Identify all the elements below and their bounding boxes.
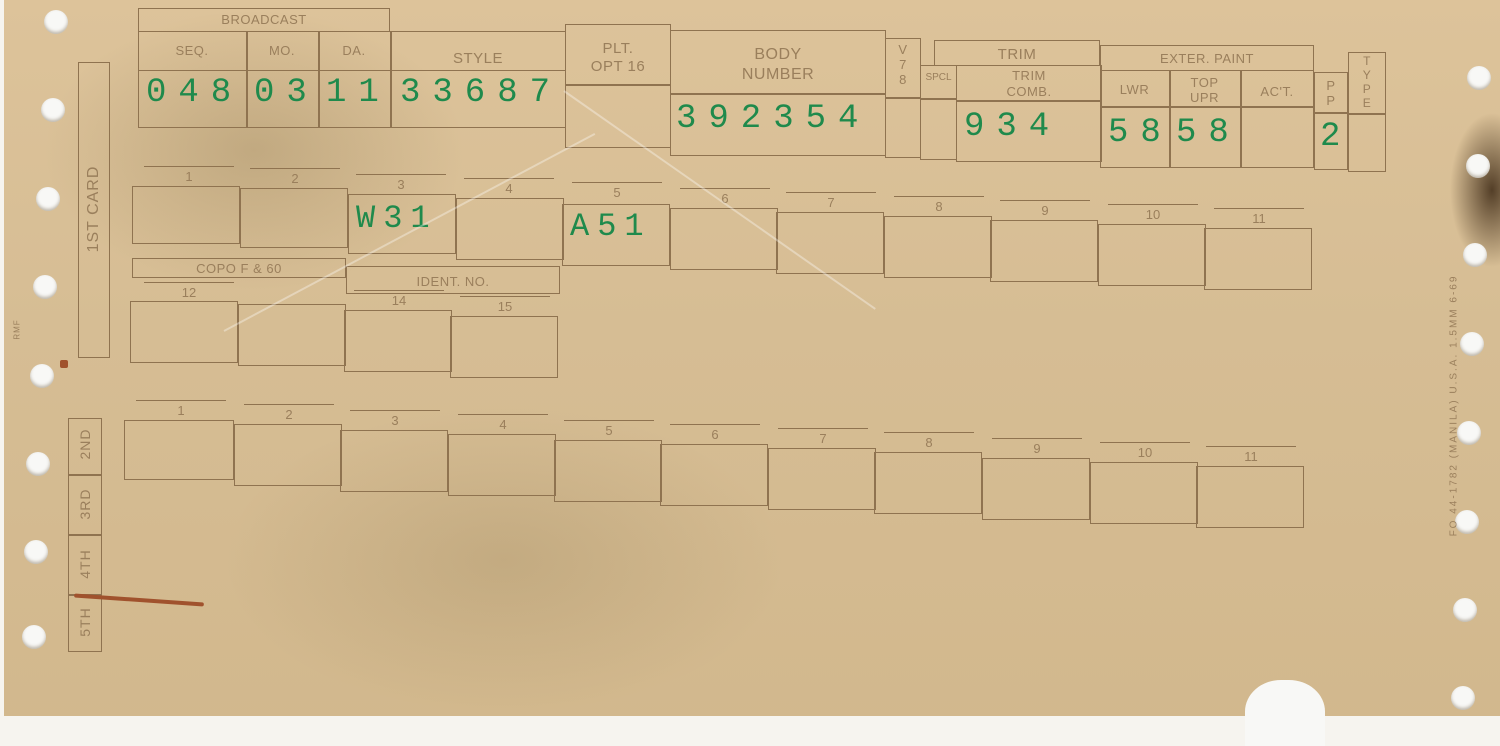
da-value: 11 [326,74,391,112]
feed-hole [1453,598,1477,622]
top-label: TOP [1169,75,1240,90]
slot-box [982,458,1090,520]
broadcast-label: BROADCAST [138,12,390,27]
ident-label: IDENT. NO. [346,274,560,289]
rust-spot [60,360,68,368]
divider [565,84,671,86]
slot-box [554,440,662,502]
slot-tab: 5 [564,420,654,440]
slot-box [768,448,876,510]
divider [920,98,957,100]
slot-tab: 8 [884,432,974,452]
act-label: AC'T. [1240,84,1314,99]
mo-value: 03 [254,74,319,112]
opt-label: OPT 16 [565,58,671,75]
da-label: DA. [318,43,390,58]
number-label: NUMBER [670,66,886,84]
slot-box [1090,462,1198,524]
trim-comb-value: 934 [964,108,1061,146]
slot-box [340,430,448,492]
feed-hole [22,625,46,649]
upr-label: UPR [1169,90,1240,105]
slot-box [776,212,884,274]
divider [1314,112,1348,114]
slot-tab: 9 [1000,200,1090,220]
divider [956,100,1102,102]
style-value: 33687 [400,74,562,112]
slot-tab: 5 [572,182,662,202]
lwr-value: 58 [1108,114,1173,152]
fifth-card-label: 5TH [77,597,93,647]
feed-hole [33,275,57,299]
divider [1348,113,1386,115]
third-card-label: 3RD [77,479,93,529]
top-upr-value: 58 [1176,114,1241,152]
v78-label: V 7 8 [885,42,921,87]
slot-box [990,220,1098,282]
form-number-text: FO 44-1782 (MANILA) U.S.A. 1.5MM 6-69 [1449,256,1460,556]
slot-box [1196,466,1304,528]
slot-tab: 7 [778,428,868,448]
v78-label-v: V [898,42,907,57]
slot-tab: 10 [1108,204,1198,224]
slot-tab: 3 [356,174,446,194]
pp-label: P P [1314,78,1348,108]
divider [670,93,886,95]
torn-edge [1245,680,1325,746]
divider [68,534,102,536]
slot-box [130,301,238,363]
feed-hole [41,98,65,122]
feed-hole [30,364,54,388]
slot-value: W31 [356,200,438,237]
seq-label: SEQ. [138,43,246,58]
slot-box [448,434,556,496]
feed-hole [1451,686,1475,710]
slot-tab: 8 [894,196,984,216]
slot-box [240,188,348,248]
slot-tab: 10 [1100,442,1190,462]
slot-box [670,208,778,270]
copo-label: COPO F & 60 [132,261,346,276]
feed-hole [1466,154,1490,178]
slot-box [456,198,564,260]
slot-box [344,310,452,372]
slot-tab: 15 [460,296,550,316]
fourth-card-label: 4TH [77,539,93,589]
mo-label: MO. [246,43,318,58]
feed-hole [36,187,60,211]
slot-value: A51 [570,208,652,245]
slot-tab: 11 [1214,208,1304,228]
style-label: STYLE [390,50,566,67]
spcl-label: SPCL [920,72,957,83]
divider [885,97,921,99]
slot-box [660,444,768,506]
feed-hole [1460,332,1484,356]
plt-label: PLT. [565,40,671,57]
type-label-t: T [1363,54,1371,68]
slot-box [450,316,558,378]
type-label: T Y P E [1348,54,1386,110]
pp-label-p1: P [1326,78,1335,93]
slot-tab: 6 [670,424,760,444]
second-card-label: 2ND [77,419,93,469]
type-label-y: Y [1363,68,1372,82]
lwr-label: LWR [1100,82,1169,97]
slot-box [124,420,234,480]
feed-hole [26,452,50,476]
exter-paint-label: EXTER. PAINT [1100,51,1314,66]
type-label-p: P [1363,82,1372,96]
margin-initials: RMF [13,315,22,345]
slot-tab: 9 [992,438,1082,458]
slot-tab: 2 [244,404,334,424]
slot-tab: 12 [144,282,234,302]
slot-box [874,452,982,514]
first-card-label: 1ST CARD [85,159,103,259]
slot-box [132,186,240,244]
slot-box [234,424,342,486]
slot-tab: 2 [250,168,340,188]
feed-hole [44,10,68,34]
v78-label-7: 7 [899,57,907,72]
slot-box [1098,224,1206,286]
feed-hole [1467,66,1491,90]
divider [68,474,102,476]
feed-hole [1463,243,1487,267]
slot-tab: 7 [786,192,876,212]
slot-tab: 4 [458,414,548,434]
slot-box [1204,228,1312,290]
slot-tab: 11 [1206,446,1296,466]
comb-label: COMB. [956,84,1102,99]
type-label-e: E [1363,96,1372,110]
trim-group-label: TRIM [934,46,1100,63]
seq-value: 048 [146,74,243,112]
body-label: BODY [670,46,886,64]
pp-label-p2: P [1326,93,1335,108]
broadcast-card: BROADCAST SEQ. MO. DA. STYLE 048 03 11 3… [4,0,1500,728]
slot-tab: 1 [144,166,234,186]
trim-label: TRIM [956,68,1102,83]
divider [1100,106,1314,108]
feed-hole [1457,421,1481,445]
body-number-value: 392354 [676,100,870,138]
slot-tab: 1 [136,400,226,420]
v78-label-8: 8 [899,72,907,87]
slot-box [884,216,992,278]
slot-tab: 3 [350,410,440,430]
feed-hole [24,540,48,564]
slot-tab: 14 [354,290,444,310]
